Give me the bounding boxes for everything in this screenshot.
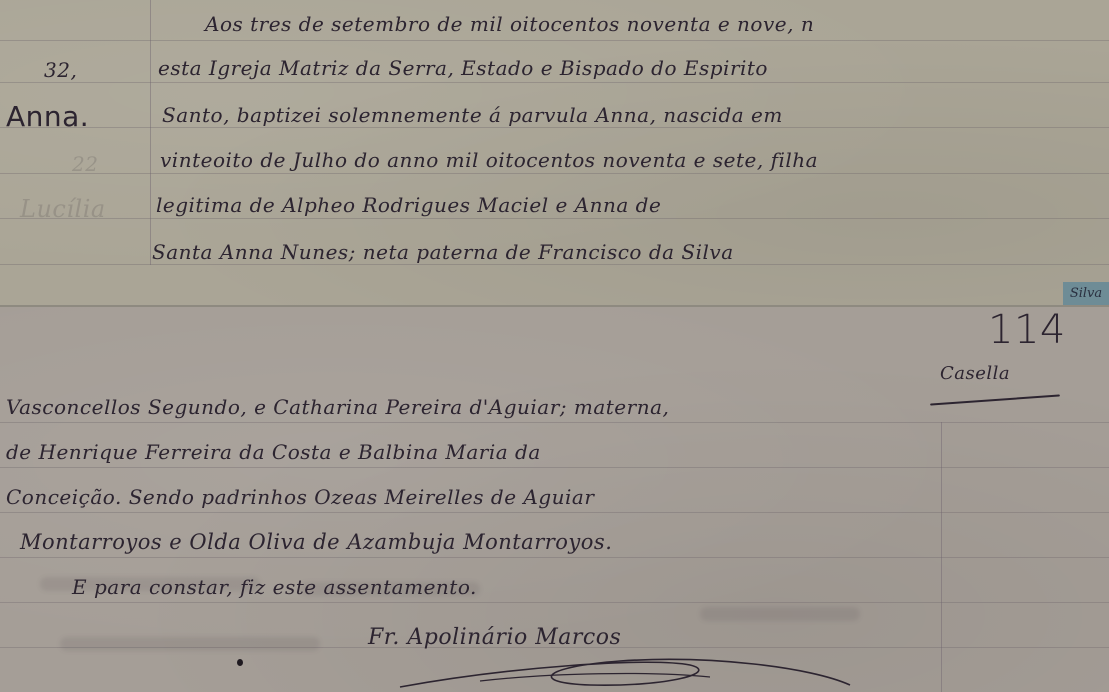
ghost-margin-name: Lucília: [20, 195, 106, 223]
ghost-entry-number: 22: [72, 152, 98, 176]
text-line: de Henrique Ferreira da Costa e Balbina …: [6, 440, 541, 464]
ruled-line: [0, 173, 1109, 174]
ruled-line: [0, 467, 1109, 468]
corner-tag: Silva: [1063, 282, 1109, 306]
ruled-line: [0, 602, 1109, 603]
ruled-line: [0, 127, 1109, 128]
signature-flourish-icon: [390, 647, 870, 692]
right-margin-rule: [941, 422, 942, 692]
margin-name: Anna.: [6, 100, 89, 133]
document-top-piece: 32, Anna. 22 Lucília Aos tres de setembr…: [0, 0, 1109, 307]
folio-number: 114: [988, 307, 1066, 353]
ruled-line: [0, 422, 1109, 423]
text-line: legitima de Alpheo Rodrigues Maciel e An…: [156, 193, 661, 217]
entry-number: 32,: [44, 58, 77, 82]
text-line: Conceição. Sendo padrinhos Ozeas Meirell…: [6, 485, 594, 509]
margin-rule: [150, 0, 151, 265]
bleed-through: [700, 607, 860, 621]
text-line: E para constar, fiz este assentamento.: [72, 575, 477, 599]
ruled-line: [0, 82, 1109, 83]
document-bottom-piece: 114 Casella Vasconcellos Segundo, e Cath…: [0, 307, 1109, 692]
text-line: Aos tres de setembro de mil oitocentos n…: [205, 12, 814, 36]
ruled-line: [0, 40, 1109, 41]
ruled-line: [0, 557, 1109, 558]
ruled-line: [0, 264, 1109, 265]
text-line: Montarroyos e Olda Oliva de Azambuja Mon…: [20, 530, 612, 554]
caption-underline: [930, 394, 1060, 405]
text-line: Santo, baptizei solemnemente á parvula A…: [162, 103, 783, 127]
ruled-line: [0, 218, 1109, 219]
text-line: vinteoito de Julho do anno mil oitocento…: [160, 148, 818, 172]
text-line: esta Igreja Matriz da Serra, Estado e Bi…: [158, 56, 768, 80]
ruled-line: [0, 512, 1109, 513]
text-line: Santa Anna Nunes; neta paterna de Franci…: [152, 240, 734, 264]
text-line: Vasconcellos Segundo, e Catharina Pereir…: [6, 395, 669, 419]
folio-caption: Casella: [940, 363, 1010, 384]
bleed-through: [60, 637, 320, 651]
ink-dot: [237, 659, 243, 666]
